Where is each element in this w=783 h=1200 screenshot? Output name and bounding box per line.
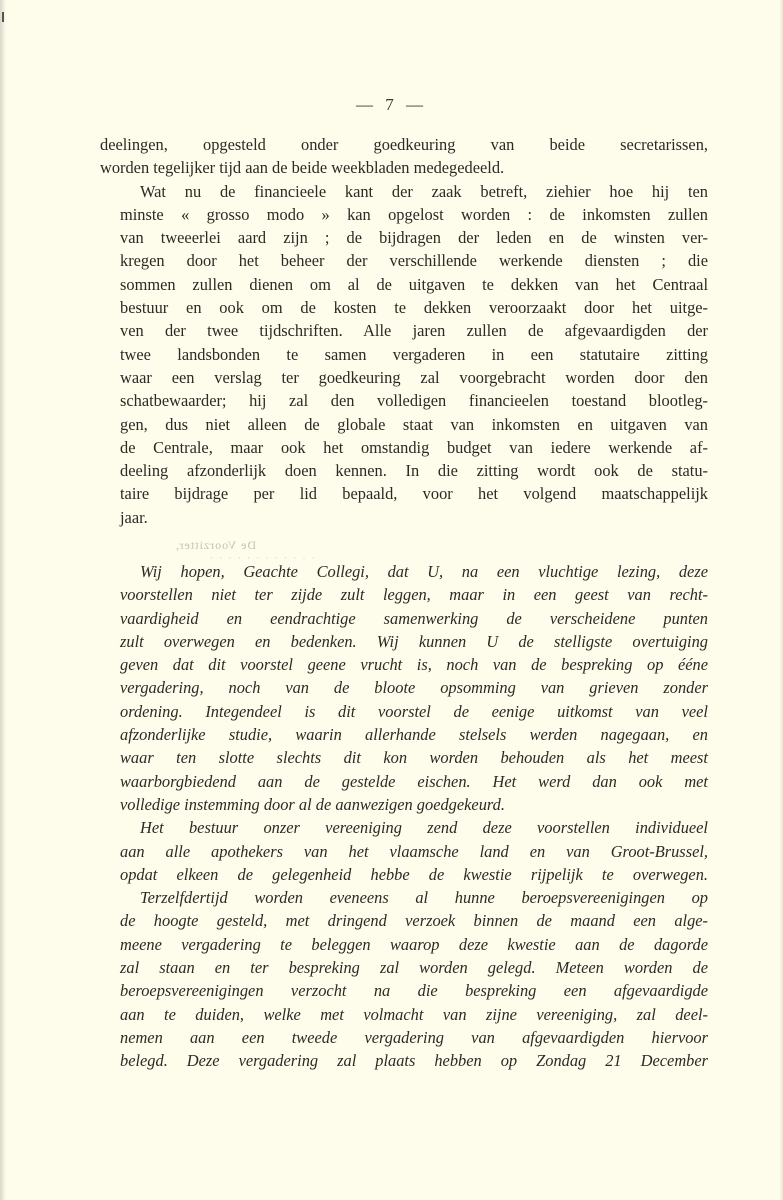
- text-line: beroepsvereenigingen verzocht na die bes…: [100, 979, 708, 1002]
- text-line: waarborgbiedend aan de gestelde eischen.…: [100, 770, 708, 793]
- roman-text-section: deelingen, opgesteld onder goedkeuring v…: [100, 133, 708, 529]
- text-line: Terzelfdertijd worden eveneens al hunne …: [100, 886, 708, 909]
- page-number: — 7 —: [0, 95, 783, 115]
- text-line: geven dat dit voorstel geene vrucht is, …: [100, 653, 708, 676]
- text-line: de hoogte gesteld, met dringend verzoek …: [100, 909, 708, 932]
- text-line: taire bijdrage per lid bepaald, voor het…: [100, 482, 708, 505]
- text-line: vaardigheid en eendrachtige samenwerking…: [100, 607, 708, 630]
- text-line: sommen zullen dienen om al de uitgaven t…: [100, 273, 708, 296]
- text-line: worden tegelijker tijd aan de beide week…: [100, 156, 708, 179]
- text-line: opdat elkeen de gelegenheid hebbe de kwe…: [100, 863, 708, 886]
- text-line: meene vergadering te beleggen waarop dez…: [100, 933, 708, 956]
- text-line: afzonderlijke studie, waarin allerhande …: [100, 723, 708, 746]
- text-line: waar een verslag ter goedkeuring zal voo…: [100, 366, 708, 389]
- text-line: twee landsbonden te samen vergaderen in …: [100, 343, 708, 366]
- text-line: Het bestuur onzer vereeniging zend deze …: [100, 816, 708, 839]
- text-line: aan alle apothekers van het vlaamsche la…: [100, 840, 708, 863]
- text-line: jaar.: [100, 506, 708, 529]
- paragraph-3: Wij hopen, Geachte Collegi, dat U, na ee…: [100, 560, 708, 816]
- paragraph-1: deelingen, opgesteld onder goedkeuring v…: [100, 133, 708, 180]
- text-line: Wij hopen, Geachte Collegi, dat U, na ee…: [100, 560, 708, 583]
- text-line: zal staan en ter bespreking zal worden g…: [100, 956, 708, 979]
- text-line: Wat nu de financieele kant der zaak betr…: [100, 180, 708, 203]
- text-line: ordening. Integendeel is dit voorstel de…: [100, 700, 708, 723]
- text-line: minste « grosso modo » kan opgelost word…: [100, 203, 708, 226]
- italic-text-section: Wij hopen, Geachte Collegi, dat U, na ee…: [100, 560, 708, 1073]
- text-line: deeling afzonderlijk doen kennen. In die…: [100, 459, 708, 482]
- text-line: ven der twee tijdschriften. Alle jaren z…: [100, 319, 708, 342]
- text-line: schatbewaarder; hij zal den volledigen f…: [100, 389, 708, 412]
- text-line: deelingen, opgesteld onder goedkeuring v…: [100, 133, 708, 156]
- text-line: bestuur en ook om de kosten te dekken ve…: [100, 296, 708, 319]
- scan-left-edge: [0, 0, 6, 1200]
- text-line: voorstellen niet ter zijde zult leggen, …: [100, 583, 708, 606]
- paragraph-4: Het bestuur onzer vereeniging zend deze …: [100, 816, 708, 886]
- text-line: zult overwegen en bedenken. Wij kunnen U…: [100, 630, 708, 653]
- scan-edge-mark: [2, 12, 4, 22]
- paragraph-2: Wat nu de financieele kant der zaak betr…: [100, 180, 708, 529]
- text-line: vergadering, noch van de bloote opsommin…: [100, 676, 708, 699]
- text-line: nemen aan een tweede vergadering van afg…: [100, 1026, 708, 1049]
- text-line: gen, dus niet alleen de globale staat va…: [100, 413, 708, 436]
- text-line: belegd. Deze vergadering zal plaats hebb…: [100, 1049, 708, 1072]
- text-line: waar ten slotte slechts dit kon worden b…: [100, 746, 708, 769]
- scan-right-edge: [779, 0, 783, 1200]
- text-line: aan te duiden, welke met volmacht van zi…: [100, 1003, 708, 1026]
- text-line: volledige instemming door al de aanwezig…: [100, 793, 708, 816]
- text-line: kregen door het beheer der verschillende…: [100, 249, 708, 272]
- text-line: de Centrale, maar ook het omstandig budg…: [100, 436, 708, 459]
- paragraph-5: Terzelfdertijd worden eveneens al hunne …: [100, 886, 708, 1072]
- text-line: van tweeerlei aard zijn ; de bijdragen d…: [100, 226, 708, 249]
- bleed-through-text: De Voorzitter,: [175, 538, 256, 553]
